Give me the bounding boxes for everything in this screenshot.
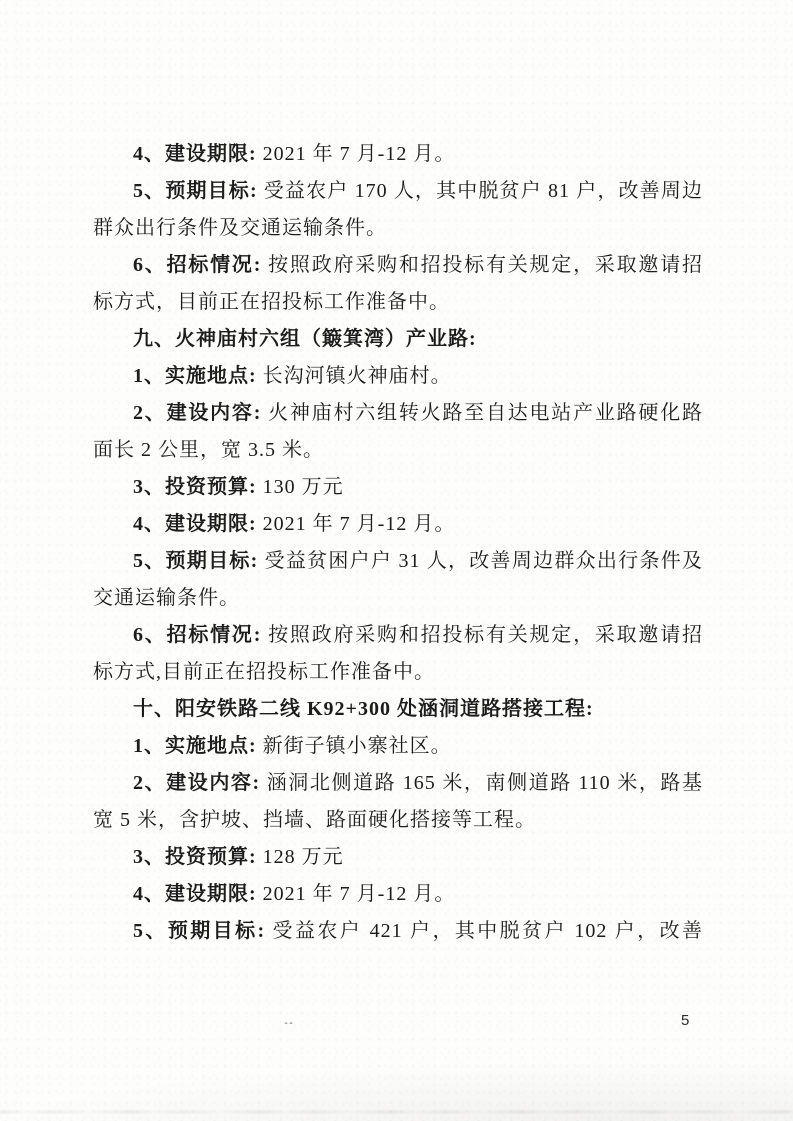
item-text: 2021 年 7 月-12 月。 [257,883,456,905]
section-heading: 十、阳安铁路二线 K92+300 处涵洞道路搭接工程: [93,691,703,728]
document-paragraph: 1、实施地点: 新街子镇小寨社区。 [93,728,703,765]
document-paragraph: 5、预期目标: 受益农户 421 户，其中脱贫户 102 户，改善 [93,913,703,950]
item-label: 4、建设期限: [133,883,257,905]
document-paragraph: 5、预期目标: 受益贫困户户 31 人，改善周边群众出行条件及交通运输条件。 [93,543,703,617]
scan-edge-artifact [0,1110,793,1114]
heading-text: 十、阳安铁路二线 K92+300 处涵洞道路搭接工程: [133,698,594,720]
item-text: 2021 年 7 月-12 月。 [257,513,456,535]
document-paragraph: 2、建设内容: 火神庙村六组转火路至自达电站产业路硬化路面长 2 公里，宽 3.… [93,395,703,469]
item-label: 1、实施地点: [133,365,257,387]
item-label: 5、预期目标: [133,180,258,202]
item-label: 5、预期目标: [133,550,258,572]
document-paragraph: 3、投资预算: 128 万元 [93,839,703,876]
item-text: 128 万元 [257,846,344,868]
scanned-page: 4、建设期限: 2021 年 7 月-12 月。5、预期目标: 受益农户 170… [0,0,793,1121]
document-paragraph: 4、建设期限: 2021 年 7 月-12 月。 [93,876,703,913]
item-label: 3、投资预算: [133,846,257,868]
document-paragraph: 4、建设期限: 2021 年 7 月-12 月。 [93,136,703,173]
item-label: 1、实施地点: [133,735,257,757]
item-text: 新街子镇小寨社区。 [257,735,452,757]
document-paragraph: 2、建设内容: 涵洞北侧道路 165 米，南侧道路 110 米，路基宽 5 米，… [93,765,703,839]
item-label: 6、招标情况: [133,624,261,646]
item-text: 受益农户 421 户，其中脱贫户 102 户，改善 [265,920,703,942]
item-label: 2、建设内容: [133,772,260,794]
item-text: 长沟河镇火神庙村。 [257,365,452,387]
document-paragraph: 4、建设期限: 2021 年 7 月-12 月。 [93,506,703,543]
page-number: 5 [681,1012,689,1029]
item-label: 3、投资预算: [133,476,257,498]
item-text: 2021 年 7 月-12 月。 [257,143,456,165]
item-label: 6、招标情况: [133,254,261,276]
document-paragraph: 6、招标情况: 按照政府采购和招投标有关规定，采取邀请招标方式，目前正在招投标工… [93,247,703,321]
item-text: 130 万元 [257,476,344,498]
document-paragraph: 6、招标情况: 按照政府采购和招投标有关规定，采取邀请招标方式,目前正在招投标工… [93,617,703,691]
item-label: 2、建设内容: [133,402,261,424]
item-label: 4、建设期限: [133,143,257,165]
item-label: 5、预期目标: [133,920,265,942]
heading-text: 九、火神庙村六组（簸箕湾）产业路: [133,328,477,350]
footer-mark: -- [283,1018,293,1029]
section-heading: 九、火神庙村六组（簸箕湾）产业路: [93,321,703,358]
item-label: 4、建设期限: [133,513,257,535]
document-body: 4、建设期限: 2021 年 7 月-12 月。5、预期目标: 受益农户 170… [93,136,703,950]
document-paragraph: 3、投资预算: 130 万元 [93,469,703,506]
page-footer: -- 5 [0,1010,793,1036]
document-paragraph: 1、实施地点: 长沟河镇火神庙村。 [93,358,703,395]
document-paragraph: 5、预期目标: 受益农户 170 人，其中脱贫户 81 户，改善周边群众出行条件… [93,173,703,247]
